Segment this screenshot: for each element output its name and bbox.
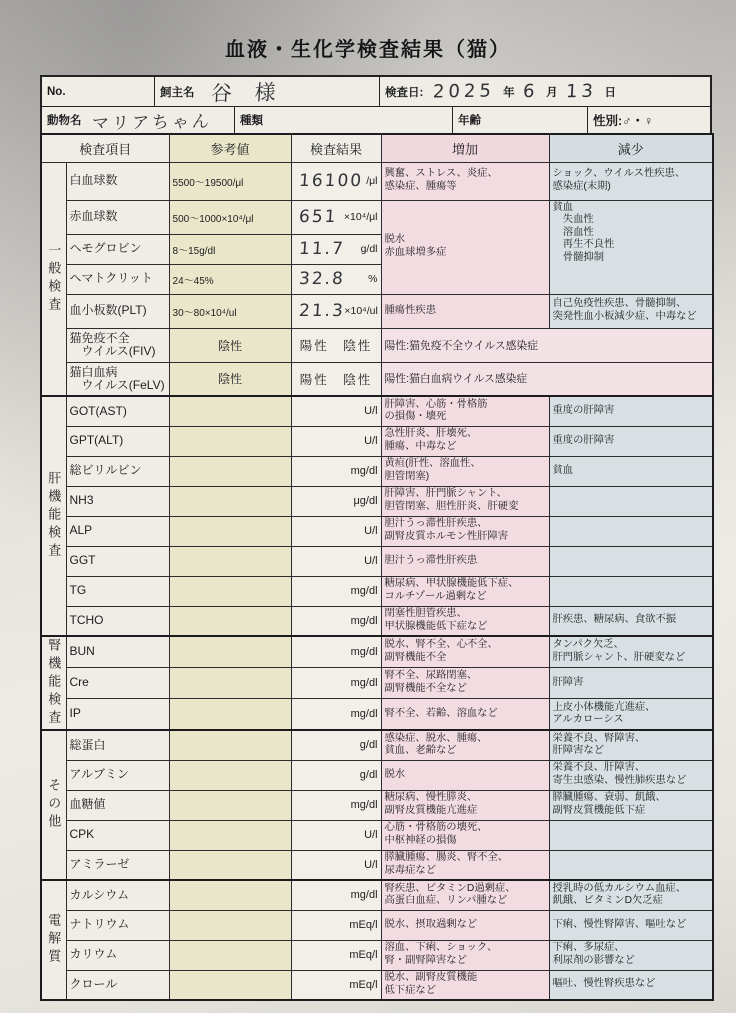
increase-cell: 閉塞性胆管疾患、 甲状腺機能低下症など: [381, 606, 549, 636]
reference-cell: [169, 730, 291, 760]
result-cell: mg/dl: [291, 576, 381, 606]
header-decrease: 減少: [549, 134, 713, 162]
table-row: アミラーゼ U/l 膵臓腫瘍、腸炎、腎不全、 尿毒症など: [41, 850, 713, 880]
decrease-cell: タンパク欠乏、 肝門脈シャント、肝硬変など: [549, 636, 713, 667]
result-cell: g/dl: [291, 760, 381, 790]
handwritten-result: 16100: [294, 171, 363, 191]
item-name-cell: Cre: [66, 667, 169, 698]
table-row: CPK U/l 心筋・骨格筋の壊死、 中枢神経の損傷: [41, 820, 713, 850]
result-cell: U/l: [291, 546, 381, 576]
header-reference: 参考値: [169, 134, 291, 162]
result-cell: mEq/l: [291, 970, 381, 1000]
reference-cell: 8～15g/dl: [169, 234, 291, 264]
decrease-cell: 肝障害: [549, 667, 713, 698]
result-cell: 11.7g/dl: [291, 234, 381, 264]
item-name-cell: GPT(ALT): [66, 426, 169, 456]
reference-cell: 30～80×10⁴/ul: [169, 294, 291, 328]
item-name-cell: ヘモグロビン: [66, 234, 169, 264]
decrease-cell: ショック、ウイルス性疾患、 感染症(末期): [549, 162, 713, 200]
increase-cell: 腫瘍性疾患: [381, 294, 549, 328]
result-cell: mEq/l: [291, 940, 381, 970]
decrease-cell: 下痢、慢性腎障害、嘔吐など: [549, 910, 713, 940]
item-name-cell: 血糖値: [66, 790, 169, 820]
table-row: 一般検査 白血球数 5500～19500/μl 16100/μl 興奮、ストレス…: [41, 162, 713, 200]
decrease-cell: 重度の肝障害: [549, 426, 713, 456]
info-row-1: No. 飼主名 谷 様 検査日: 2025 年 6 月 13 日: [42, 77, 710, 107]
increase-cell: 胆汁うっ滞性肝疾患、 副腎皮質ホルモン性肝障害: [381, 516, 549, 546]
result-unit: %: [368, 273, 377, 285]
section-label-kidney: 腎機能検査: [41, 636, 66, 730]
item-name-cell: TG: [66, 576, 169, 606]
table-row: IP mg/dl 腎不全、若齢、溶血など 上皮小体機能亢進症、 アルカローシス: [41, 699, 713, 730]
results-table: 検査項目 参考値 検査結果 増加 減少 一般検査 白血球数 5500～19500…: [40, 133, 714, 1001]
table-row: GGT U/l 胆汁うっ滞性肝疾患: [41, 546, 713, 576]
decrease-cell: 膵臓腫瘍、衰弱、飢餓、 副腎皮質機能低下症: [549, 790, 713, 820]
result-cell: 21.3×10⁴/ul: [291, 294, 381, 328]
item-name-cell: ヘマトクリット: [66, 264, 169, 294]
item-name-cell: TCHO: [66, 606, 169, 636]
item-name-cell: NH3: [66, 486, 169, 516]
decrease-cell: [549, 850, 713, 880]
decrease-cell: 重度の肝障害: [549, 396, 713, 426]
reference-cell: [169, 486, 291, 516]
reference-cell: [169, 667, 291, 698]
result-cell: 651×10⁴/μl: [291, 200, 381, 234]
decrease-cell: 貧血: [549, 456, 713, 486]
month-suffix: 月: [546, 84, 558, 100]
reference-cell: [169, 516, 291, 546]
decrease-cell: 栄養不良、肝障害、 寄生虫感染、慢性肺疾患など: [549, 760, 713, 790]
table-row: TCHO mg/dl 閉塞性胆管疾患、 甲状腺機能低下症など 肝疾患、糖尿病、食…: [41, 606, 713, 636]
section-label-other: その他: [41, 730, 66, 880]
table-row: NH3 μg/dl 肝障害、肝門脈シャント、 胆管閉塞、胆性肝炎、肝硬変: [41, 486, 713, 516]
year-suffix: 年: [503, 84, 515, 100]
positive-note-cell: 陽性:猫白血病ウイルス感染症: [381, 362, 713, 396]
increase-cell: 胆汁うっ滞性肝疾患: [381, 546, 549, 576]
table-row: 血糖値 mg/dl 糖尿病、慢性膵炎、 副腎皮質機能亢進症 膵臓腫瘍、衰弱、飢餓…: [41, 790, 713, 820]
reference-cell: [169, 396, 291, 426]
result-unit: ×10⁴/ul: [344, 305, 377, 317]
result-cell: μg/dl: [291, 486, 381, 516]
no-cell: No.: [42, 77, 154, 106]
table-row: Cre mg/dl 腎不全、尿路閉塞、 副腎機能不全など 肝障害: [41, 667, 713, 698]
reference-cell: [169, 606, 291, 636]
header-increase: 増加: [381, 134, 549, 162]
increase-cell: 急性肝炎、肝壊死、 腫瘍、中毒など: [381, 426, 549, 456]
animal-name-cell: 動物名 マリアちゃん: [42, 107, 234, 133]
species-label: 種類: [240, 112, 263, 128]
table-row: その他 総蛋白 g/dl 感染症、脱水、腫瘍、 貧血、老齢など 栄養不良、腎障害…: [41, 730, 713, 760]
decrease-cell: 栄養不良、腎障害、 肝障害など: [549, 730, 713, 760]
result-cell: mg/dl: [291, 606, 381, 636]
item-name-cell: クロール: [66, 970, 169, 1000]
reference-cell: [169, 820, 291, 850]
increase-cell: 黄疸(肝性、溶血性、 胆管閉塞): [381, 456, 549, 486]
result-cell: mEq/l: [291, 910, 381, 940]
header-result: 検査結果: [291, 134, 381, 162]
decrease-cell: 下痢、多尿症、 利尿剤の影響など: [549, 940, 713, 970]
reference-cell: [169, 426, 291, 456]
sex-cell: 性別:♂・♀: [587, 107, 710, 133]
reference-cell: 24～45%: [169, 264, 291, 294]
table-row: ALP U/l 胆汁うっ滞性肝疾患、 副腎皮質ホルモン性肝障害: [41, 516, 713, 546]
increase-cell: 脱水、摂取過剰など: [381, 910, 549, 940]
table-row: 肝機能検査 GOT(AST) U/l 肝障害、心筋・骨格筋 の損傷・壊死 重度の…: [41, 396, 713, 426]
increase-cell: 肝障害、心筋・骨格筋 の損傷・壊死: [381, 396, 549, 426]
table-row: GPT(ALT) U/l 急性肝炎、肝壊死、 腫瘍、中毒など 重度の肝障害: [41, 426, 713, 456]
decrease-cell: [549, 516, 713, 546]
result-cell: 32.8%: [291, 264, 381, 294]
handwritten-result: 11.7: [294, 239, 345, 259]
sex-label: 性別:♂・♀: [593, 111, 653, 129]
animal-name-label: 動物名: [47, 112, 82, 128]
day-suffix: 日: [605, 84, 617, 100]
table-row: 血小板数(PLT) 30～80×10⁴/ul 21.3×10⁴/ul 腫瘍性疾患…: [41, 294, 713, 328]
result-cell: g/dl: [291, 730, 381, 760]
item-name-cell: ナトリウム: [66, 910, 169, 940]
item-name-cell: 血小板数(PLT): [66, 294, 169, 328]
section-label-liver: 肝機能検査: [41, 396, 66, 636]
decrease-cell: [549, 546, 713, 576]
reference-cell: [169, 910, 291, 940]
handwritten-result: 21.3: [294, 301, 345, 321]
reference-cell: 500～1000×10⁴/μl: [169, 200, 291, 234]
age-cell: 年齢: [452, 107, 587, 133]
increase-cell: 糖尿病、慢性膵炎、 副腎皮質機能亢進症: [381, 790, 549, 820]
increase-cell: 腎疾患、ビタミンD過剰症、 高蛋白血症、リンパ腫など: [381, 880, 549, 910]
result-cell: U/l: [291, 426, 381, 456]
result-cell: mg/dl: [291, 636, 381, 667]
result-cell: 陽性 陰性: [291, 362, 381, 396]
increase-cell: 心筋・骨格筋の壊死、 中枢神経の損傷: [381, 820, 549, 850]
increase-cell: 腎不全、尿路閉塞、 副腎機能不全など: [381, 667, 549, 698]
reference-cell: [169, 576, 291, 606]
table-row: 猫白血病 ウイルス(FeLV) 陰性 陽性 陰性 陽性:猫白血病ウイルス感染症: [41, 362, 713, 396]
decrease-cell: 授乳時の低カルシウム血症、 飢餓、ビタミンD欠乏症: [549, 880, 713, 910]
increase-cell: 糖尿病、甲状腺機能低下症、 コルチゾール過剰など: [381, 576, 549, 606]
result-cell: U/l: [291, 396, 381, 426]
owner-label: 飼主名: [160, 84, 195, 100]
item-name-cell: 赤血球数: [66, 200, 169, 234]
item-name-cell: ALP: [66, 516, 169, 546]
increase-cell: 溶血、下痢、ショック、 腎・副腎障害など: [381, 940, 549, 970]
item-name-cell: CPK: [66, 820, 169, 850]
decrease-cell: 肝疾患、糖尿病、食欲不振: [549, 606, 713, 636]
reference-cell: [169, 699, 291, 730]
result-cell: mg/dl: [291, 699, 381, 730]
reference-cell: [169, 760, 291, 790]
decrease-cell: 嘔吐、慢性腎疾患など: [549, 970, 713, 1000]
result-cell: U/l: [291, 820, 381, 850]
increase-cell: 肝障害、肝門脈シャント、 胆管閉塞、胆性肝炎、肝硬変: [381, 486, 549, 516]
item-name-cell: GOT(AST): [66, 396, 169, 426]
result-unit: /μl: [366, 175, 377, 187]
reference-cell: [169, 790, 291, 820]
item-name-cell: アミラーゼ: [66, 850, 169, 880]
no-label: No.: [47, 86, 66, 98]
item-name-cell: 白血球数: [66, 162, 169, 200]
handwritten-result: 32.8: [294, 269, 345, 289]
info-row-2: 動物名 マリアちゃん 種類 年齢 性別:♂・♀: [42, 107, 710, 133]
page-title: 血液・生化学検査結果（猫）: [0, 33, 736, 62]
owner-cell: 飼主名 谷 様: [154, 77, 379, 106]
result-cell: mg/dl: [291, 790, 381, 820]
positive-note-cell: 陽性:猫免疫不全ウイルス感染症: [381, 328, 713, 362]
table-row: 猫免疫不全 ウイルス(FIV) 陰性 陽性 陰性 陽性:猫免疫不全ウイルス感染症: [41, 328, 713, 362]
handwritten-year: 2025: [433, 80, 496, 102]
reference-cell: [169, 970, 291, 1000]
result-cell: U/l: [291, 516, 381, 546]
table-row: クロール mEq/l 脱水、副腎皮質機能 低下症など 嘔吐、慢性腎疾患など: [41, 970, 713, 1000]
item-name-cell: カリウム: [66, 940, 169, 970]
table-row: アルブミン g/dl 脱水 栄養不良、肝障害、 寄生虫感染、慢性肺疾患など: [41, 760, 713, 790]
table-row: ナトリウム mEq/l 脱水、摂取過剰など 下痢、慢性腎障害、嘔吐など: [41, 910, 713, 940]
info-table: No. 飼主名 谷 様 検査日: 2025 年 6 月 13 日 動物名 マリア…: [40, 75, 712, 135]
decrease-cell: [549, 486, 713, 516]
decrease-cell: [549, 576, 713, 606]
item-name-cell: BUN: [66, 636, 169, 667]
item-name-cell: 猫免疫不全 ウイルス(FIV): [66, 328, 169, 362]
item-name-cell: アルブミン: [66, 760, 169, 790]
table-row: 赤血球数 500～1000×10⁴/μl 651×10⁴/μl 脱水 赤血球増多…: [41, 200, 713, 234]
handwritten-month: 6: [522, 81, 539, 102]
table-row: 腎機能検査 BUN mg/dl 脱水、腎不全、心不全、 副腎機能不全 タンパク欠…: [41, 636, 713, 667]
handwritten-result: 651: [294, 207, 338, 227]
table-row: 総ビリルビン mg/dl 黄疸(肝性、溶血性、 胆管閉塞) 貧血: [41, 456, 713, 486]
reference-cell: 5500～19500/μl: [169, 162, 291, 200]
reference-cell: [169, 636, 291, 667]
increase-cell: 脱水 赤血球増多症: [381, 200, 549, 294]
decrease-cell: [549, 820, 713, 850]
exam-date-label: 検査日:: [385, 84, 423, 100]
section-label-general: 一般検査: [41, 162, 66, 396]
reference-cell: [169, 880, 291, 910]
item-name-cell: 総ビリルビン: [66, 456, 169, 486]
item-name-cell: 猫白血病 ウイルス(FeLV): [66, 362, 169, 396]
reference-cell: 陰性: [169, 362, 291, 396]
result-cell: mg/dl: [291, 667, 381, 698]
handwritten-day: 13: [565, 81, 597, 103]
item-name-cell: カルシウム: [66, 880, 169, 910]
result-cell: mg/dl: [291, 456, 381, 486]
increase-cell: 脱水、副腎皮質機能 低下症など: [381, 970, 549, 1000]
table-row: TG mg/dl 糖尿病、甲状腺機能低下症、 コルチゾール過剰など: [41, 576, 713, 606]
result-unit: ×10⁴/μl: [344, 211, 378, 223]
reference-cell: 陰性: [169, 328, 291, 362]
item-name-cell: GGT: [66, 546, 169, 576]
increase-cell: 膵臓腫瘍、腸炎、腎不全、 尿毒症など: [381, 850, 549, 880]
increase-cell: 感染症、脱水、腫瘍、 貧血、老齢など: [381, 730, 549, 760]
header-item: 検査項目: [41, 134, 169, 162]
handwritten-animal-name: マリアちゃん: [91, 107, 212, 133]
exam-date-cell: 検査日: 2025 年 6 月 13 日: [379, 77, 710, 106]
table-row: 電解質 カルシウム mg/dl 腎疾患、ビタミンD過剰症、 高蛋白血症、リンパ腫…: [41, 880, 713, 910]
table-row: カリウム mEq/l 溶血、下痢、ショック、 腎・副腎障害など 下痢、多尿症、 …: [41, 940, 713, 970]
handwritten-owner-name: 谷 様: [210, 77, 284, 106]
reference-cell: [169, 546, 291, 576]
age-label: 年齢: [458, 112, 481, 128]
section-label-electrolyte: 電解質: [41, 880, 66, 1000]
increase-cell: 興奮、ストレス、炎症、 感染症、腫瘍等: [381, 162, 549, 200]
reference-cell: [169, 850, 291, 880]
reference-cell: [169, 456, 291, 486]
decrease-cell: 自己免疫性疾患、骨髄抑制、 突発性血小板減少症、中毒など: [549, 294, 713, 328]
result-cell: 陽性 陰性: [291, 328, 381, 362]
increase-cell: 腎不全、若齢、溶血など: [381, 699, 549, 730]
result-cell: mg/dl: [291, 880, 381, 910]
result-cell: 16100/μl: [291, 162, 381, 200]
increase-cell: 脱水、腎不全、心不全、 副腎機能不全: [381, 636, 549, 667]
table-header-row: 検査項目 参考値 検査結果 増加 減少: [41, 134, 713, 162]
increase-cell: 脱水: [381, 760, 549, 790]
photographed-paper: 血液・生化学検査結果（猫） No. 飼主名 谷 様 検査日: 2025 年 6 …: [0, 0, 736, 1013]
reference-cell: [169, 940, 291, 970]
decrease-cell: 貧血 失血性 溶血性 再生不良性 骨髄抑制: [549, 200, 713, 294]
result-cell: U/l: [291, 850, 381, 880]
result-unit: g/dl: [361, 243, 378, 255]
species-cell: 種類: [234, 107, 452, 133]
item-name-cell: IP: [66, 699, 169, 730]
item-name-cell: 総蛋白: [66, 730, 169, 760]
decrease-cell: 上皮小体機能亢進症、 アルカローシス: [549, 699, 713, 730]
